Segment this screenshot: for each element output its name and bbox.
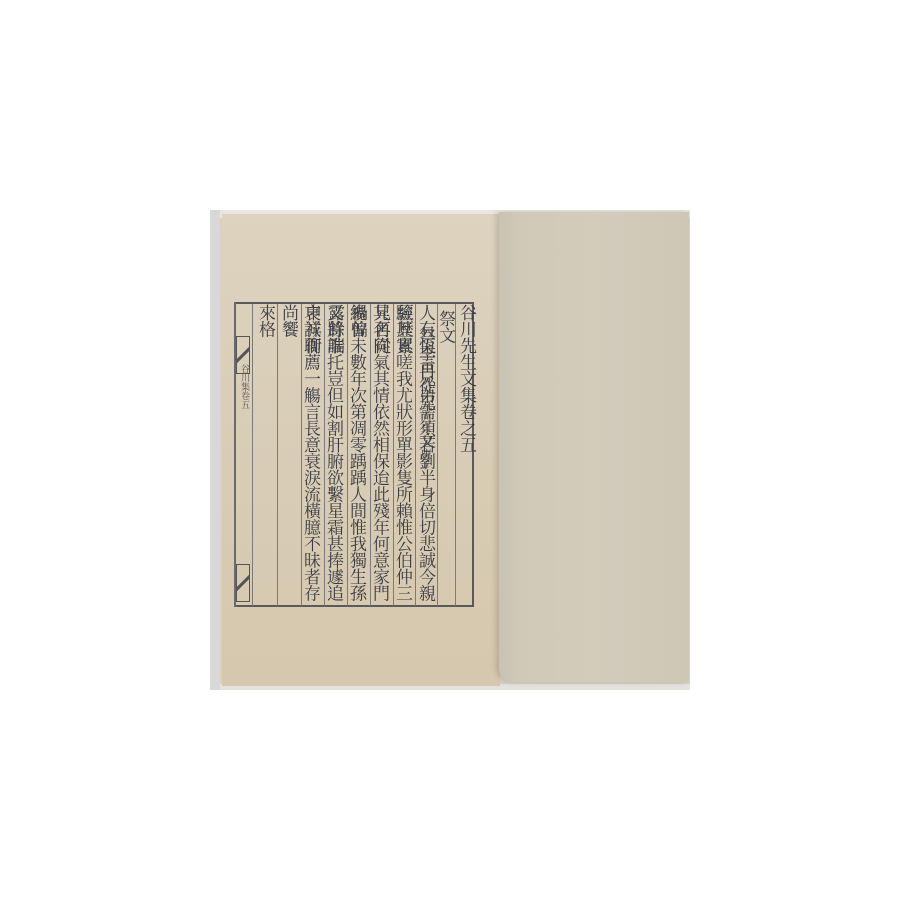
body-column-6: 哀誠聊薦一觴言長意衰淚流橫臆不昧者存尚饗	[277, 304, 321, 604]
column-rule	[252, 304, 253, 606]
left-page: 谷川集卷五 谷川先生文集卷之五 祭文 祭季再從兄尚貞文庚子 人有恆言兄弟需須若劉…	[222, 214, 500, 686]
background-left	[210, 210, 220, 690]
title-column: 谷川先生文集卷之五	[455, 304, 477, 604]
fishtail-marker-bottom-icon	[236, 564, 250, 602]
book-photo: 谷川集卷五 谷川先生文集卷之五 祭文 祭季再從兄尚貞文庚子 人有恆言兄弟需須若劉…	[210, 210, 690, 690]
margin-label: 谷川集卷五	[238, 364, 251, 409]
last-column: 來格	[254, 304, 276, 604]
section-header: 祭文	[434, 310, 456, 610]
right-page-blank	[499, 212, 689, 682]
